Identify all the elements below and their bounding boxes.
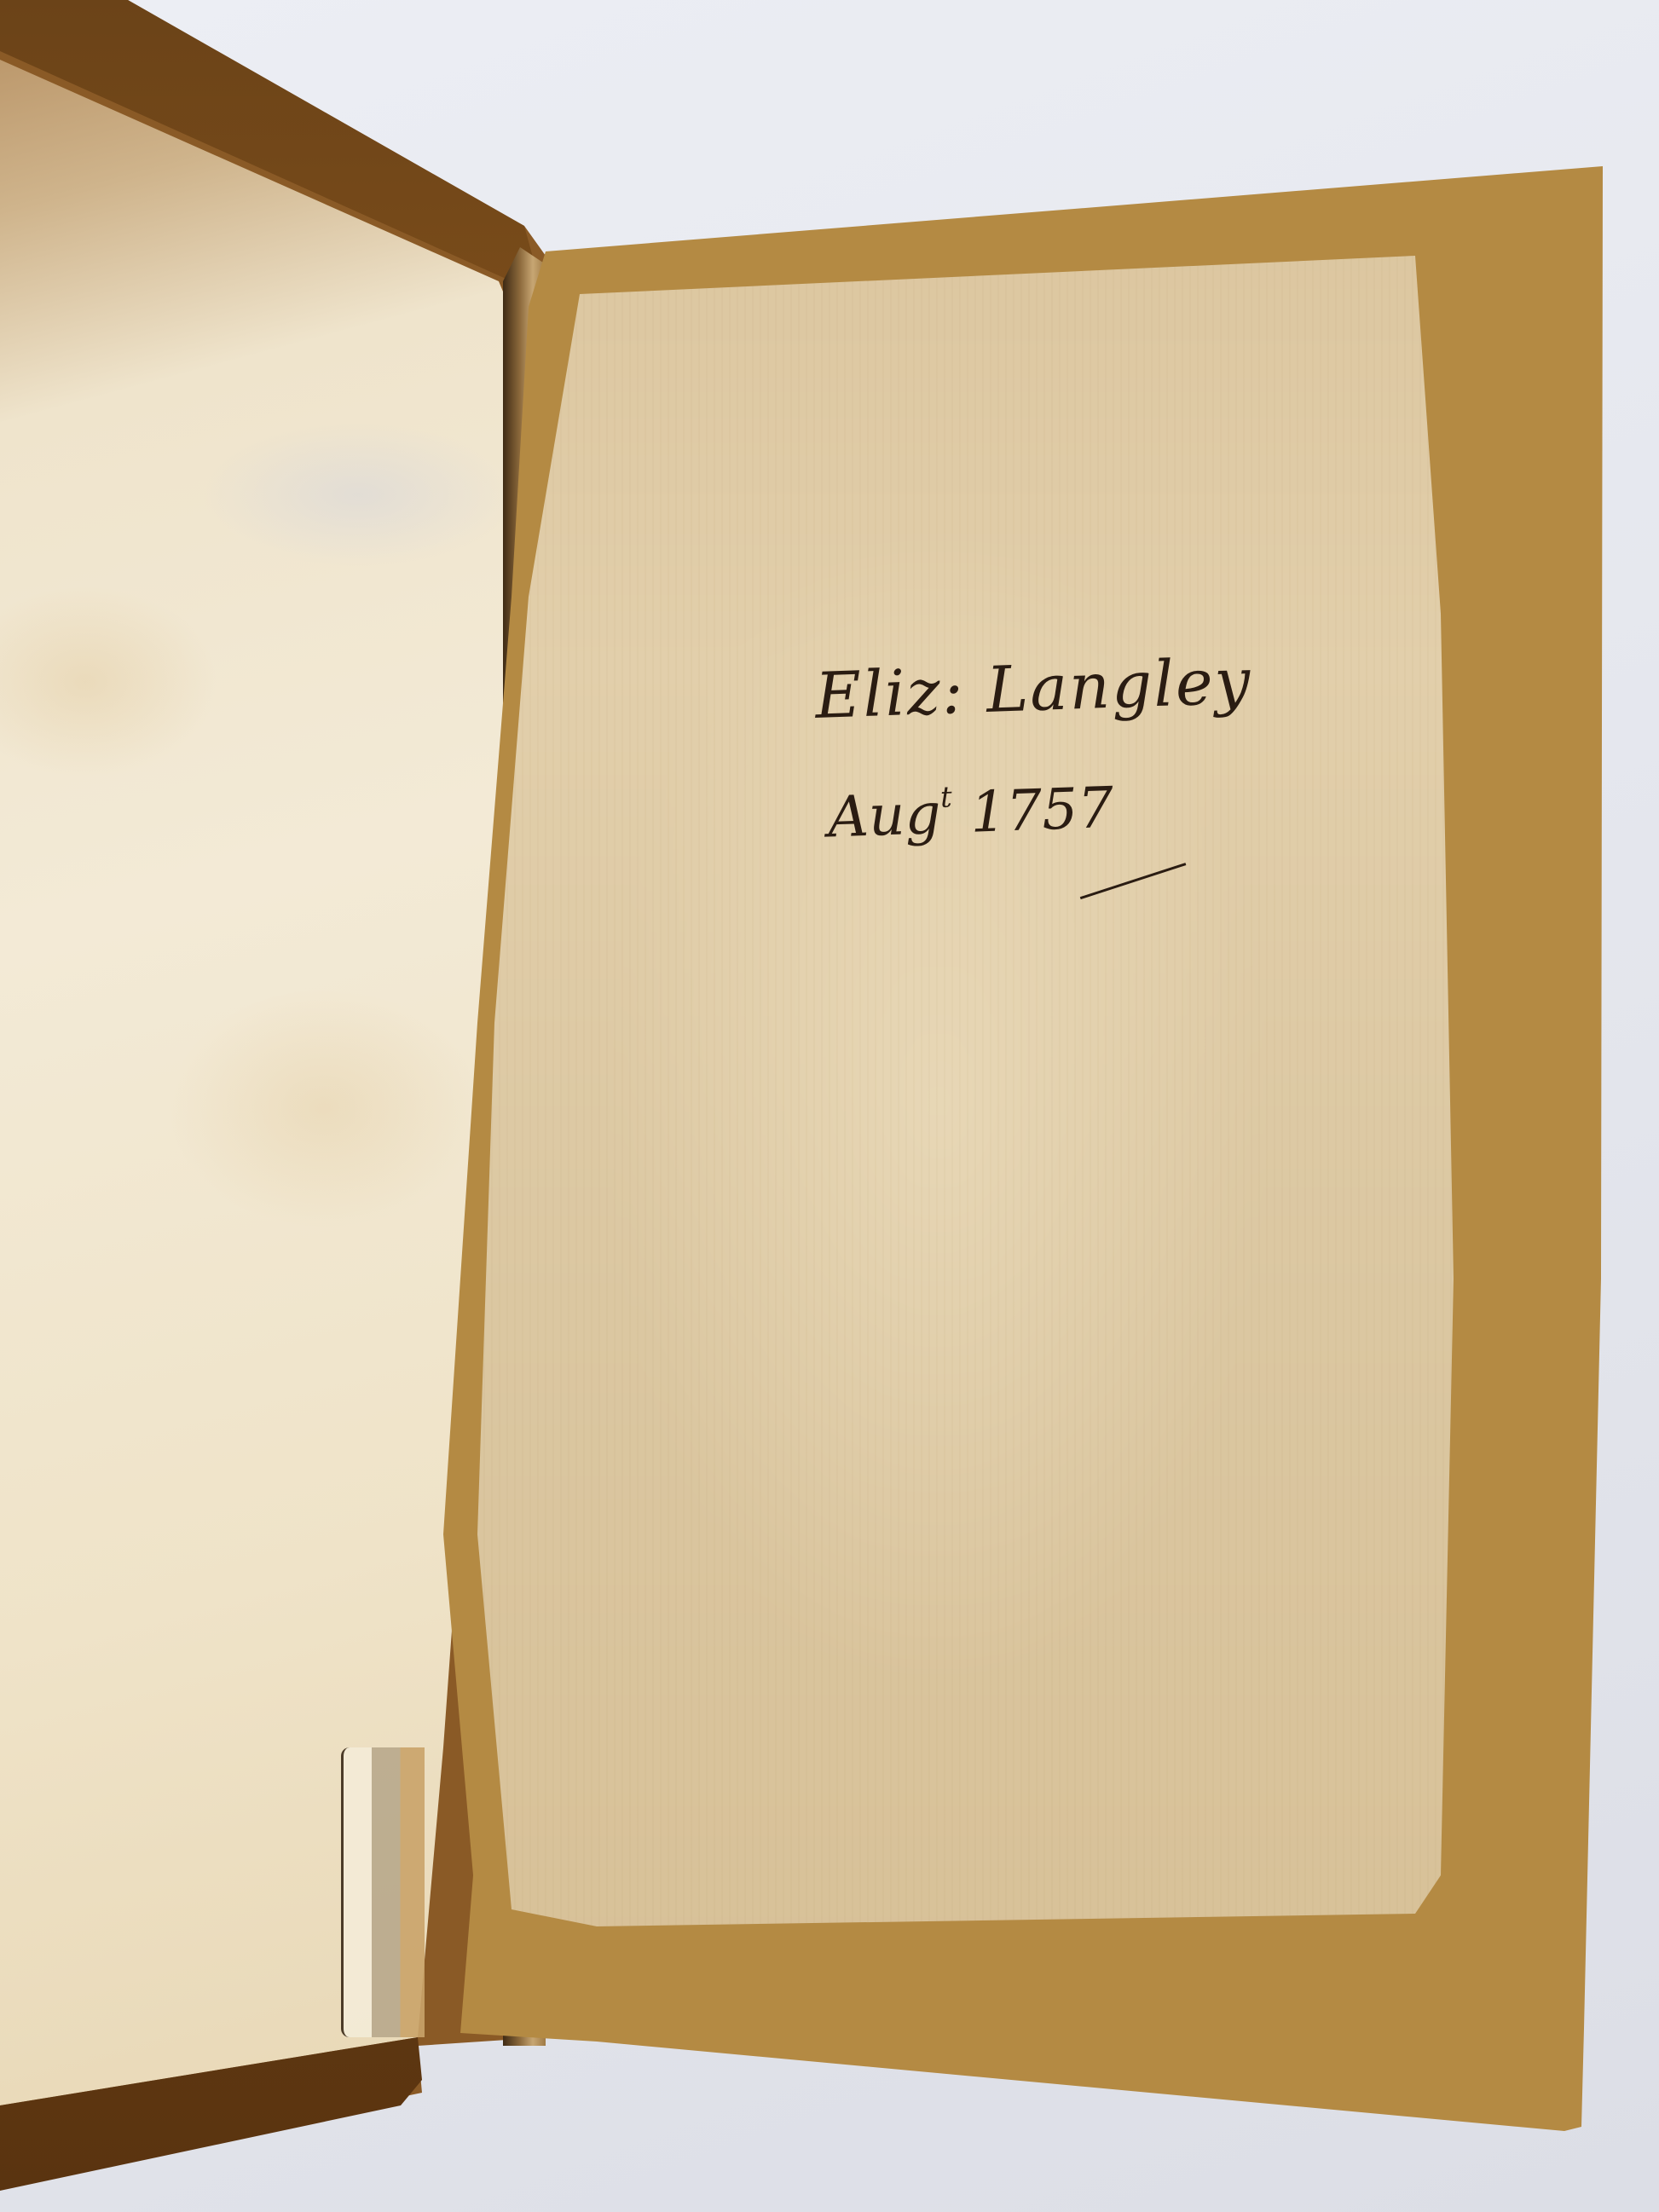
- pastedown-tear-damage: [341, 1747, 425, 2037]
- ownership-inscription: Eliz: Langley Augt 1757: [814, 650, 1257, 846]
- inscription-month: Aug: [827, 781, 942, 851]
- inscription-name: Eliz: Langley: [814, 650, 1253, 728]
- inscription-month-superscript: t: [939, 780, 952, 814]
- inscription-year: 1757: [969, 775, 1115, 846]
